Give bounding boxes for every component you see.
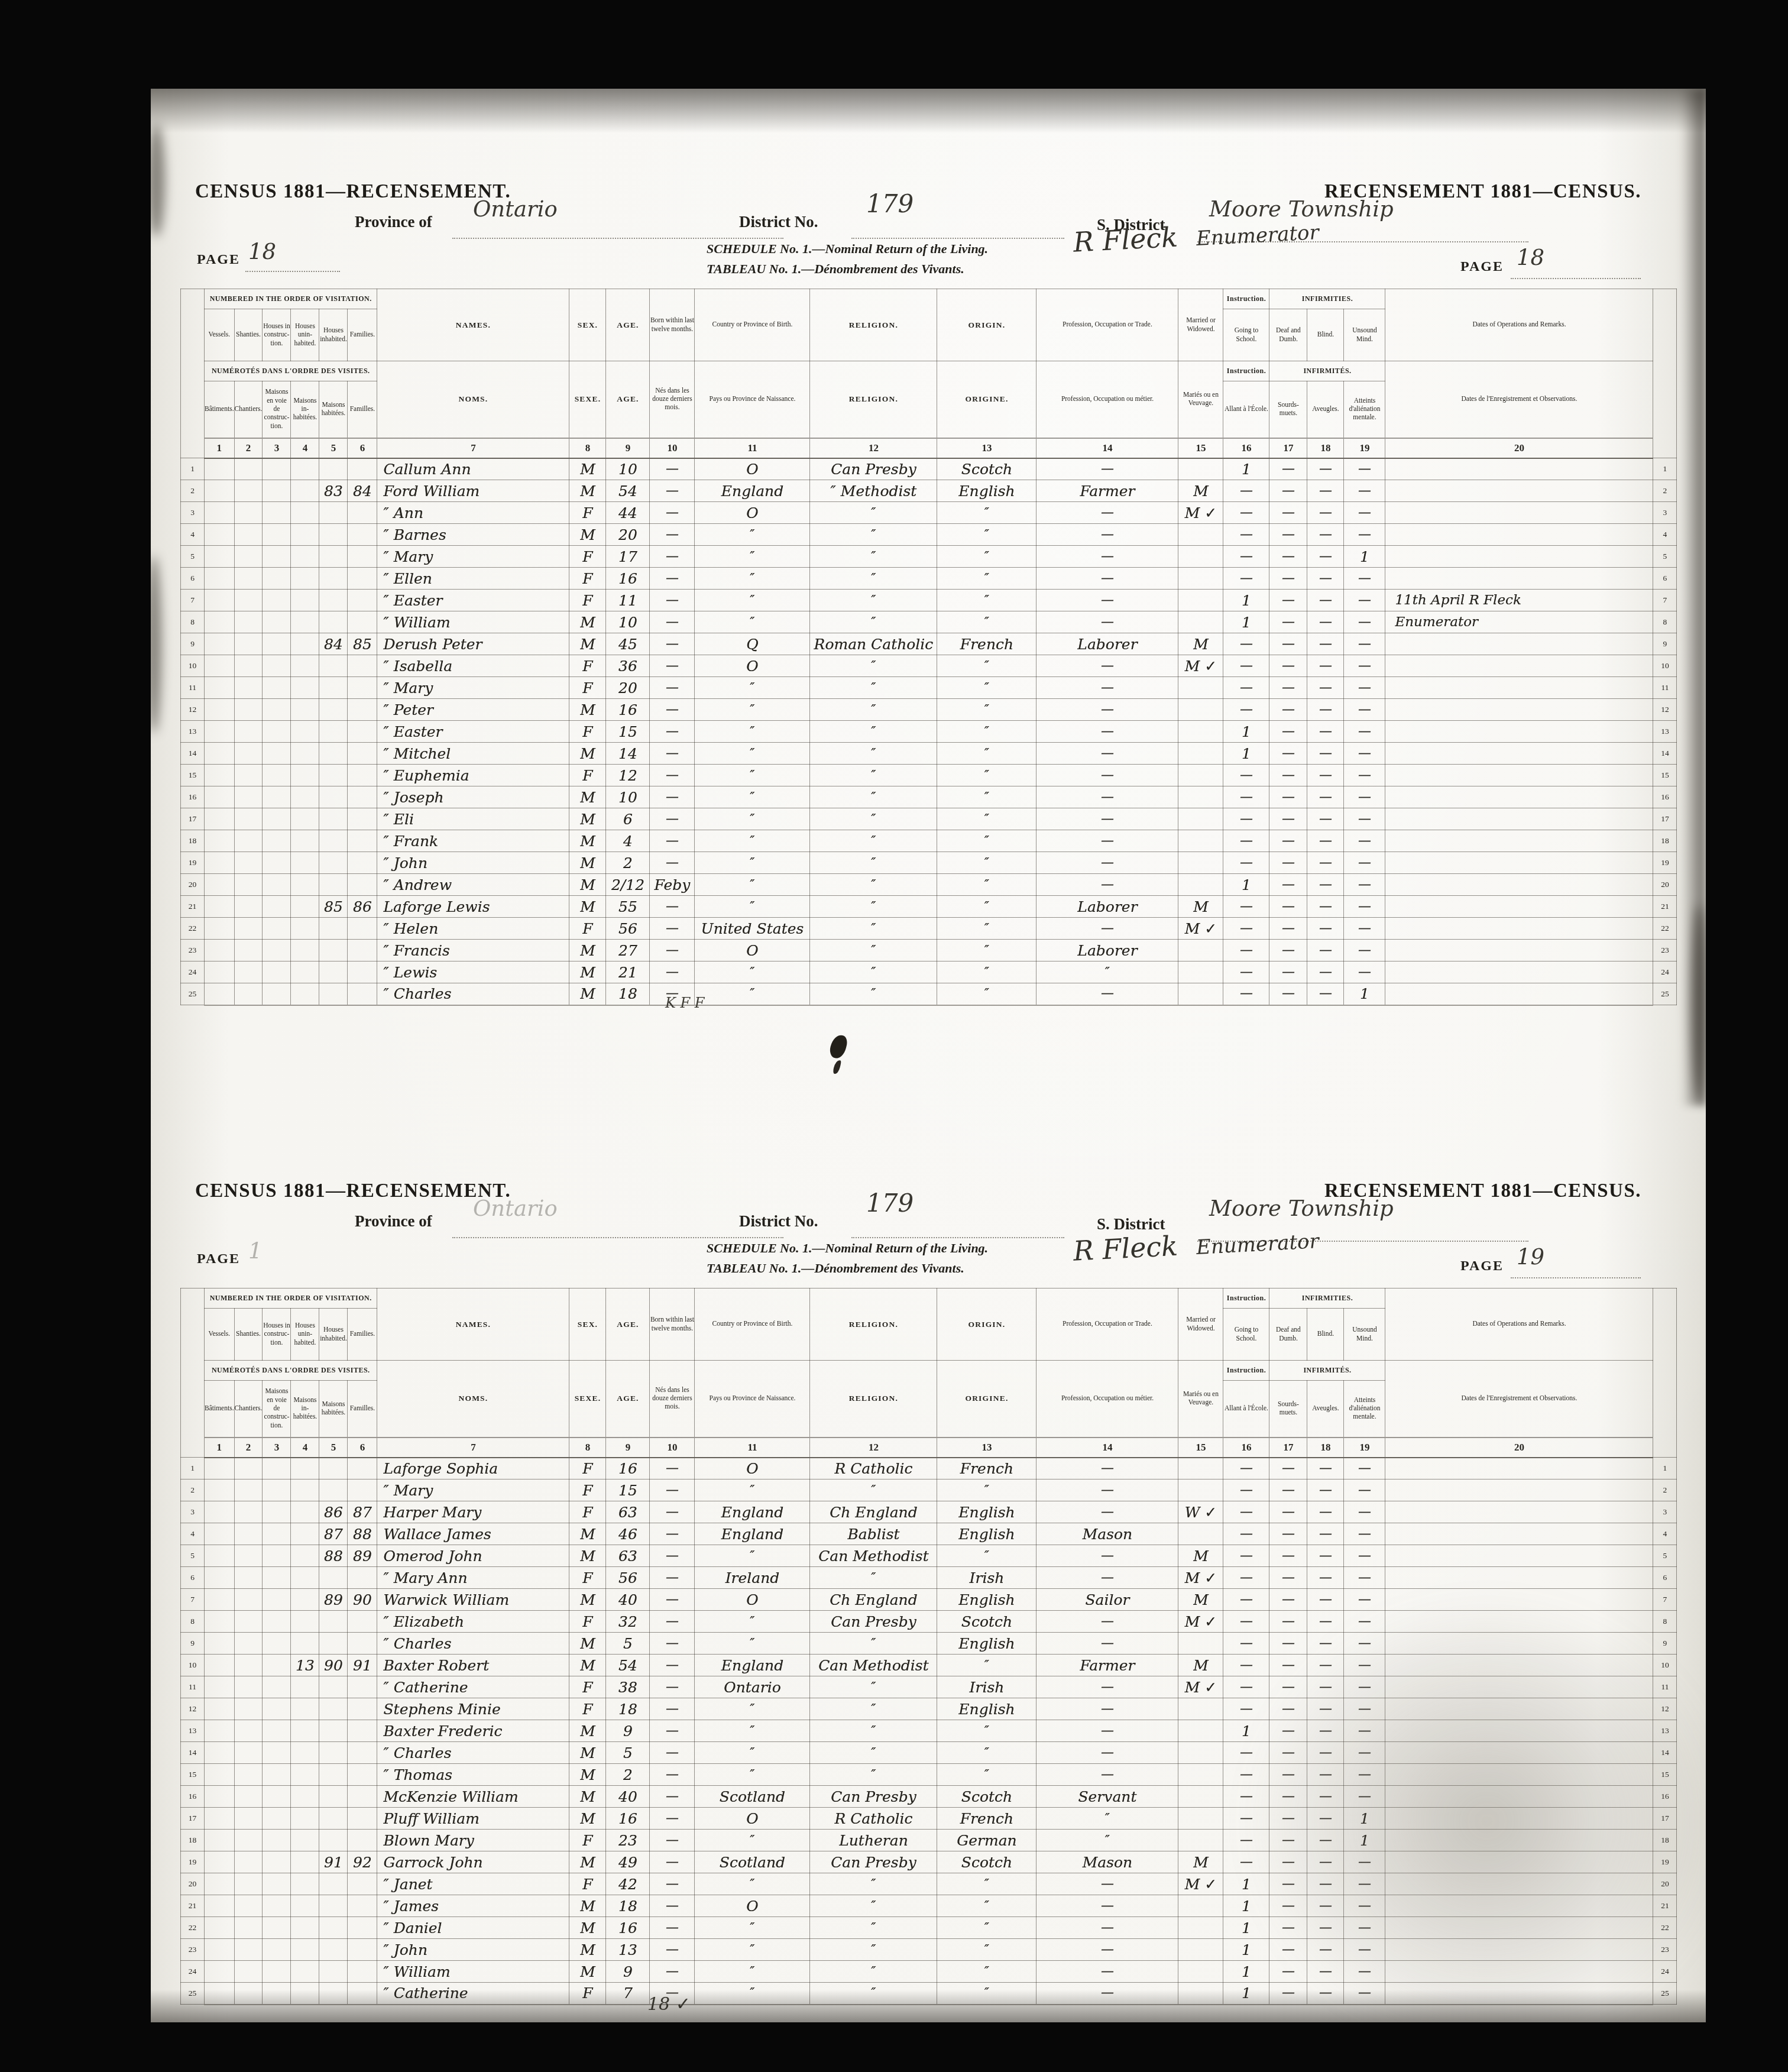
cell-religion: R Catholic — [810, 1458, 937, 1479]
cell-occupation: — — [1036, 1633, 1178, 1655]
cell-vessels — [205, 1786, 235, 1808]
cell-origin: German — [937, 1830, 1036, 1851]
cell-remarks — [1385, 852, 1653, 874]
cell-shanties — [234, 830, 263, 852]
cell-name: ″ Frank — [377, 830, 569, 852]
cell-origin: ″ — [937, 1764, 1036, 1786]
cell-remarks — [1385, 918, 1653, 940]
cell-country: O — [695, 655, 810, 677]
schedule-line-fr: TABLEAU No. 1.—Dénombrement des Vivants. — [707, 1261, 964, 1276]
cell-name: Blown Mary — [377, 1830, 569, 1851]
cell-born: — — [650, 1655, 695, 1676]
header-col-number: 11 — [695, 1438, 810, 1458]
cell-inhabited: 86 — [319, 1501, 348, 1523]
cell-country: ″ — [695, 1764, 810, 1786]
cell-married — [1178, 808, 1223, 830]
cell-inhabited — [319, 1567, 348, 1589]
cell-age: 2/12 — [606, 874, 650, 896]
cell-deaf: — — [1269, 743, 1307, 765]
cell-age: 9 — [606, 1961, 650, 1983]
header-age-en: AGE. — [606, 289, 650, 361]
table-row: 5″ MaryF17—″″″————15 — [181, 546, 1677, 568]
cell-religion: R Catholic — [810, 1808, 937, 1830]
cell-occupation: — — [1036, 1676, 1178, 1698]
cell-age: 11 — [606, 590, 650, 611]
cell-married — [1178, 546, 1223, 568]
header-remarks-en: Dates of Operations and Remarks. — [1385, 1288, 1653, 1361]
row-number: 9 — [1653, 633, 1677, 655]
cell-construction — [263, 1742, 291, 1764]
cell-origin: ″ — [937, 1939, 1036, 1961]
cell-families — [348, 721, 377, 743]
cell-inhabited — [319, 1895, 348, 1917]
row-number: 21 — [181, 1895, 205, 1917]
header-shanties-fr: Chantiers. — [234, 1381, 263, 1438]
header-deaf-en: Deaf and Dumb. — [1269, 1309, 1307, 1361]
cell-school: 1 — [1223, 458, 1269, 480]
cell-families — [348, 1633, 377, 1655]
district-label: District No. — [739, 213, 818, 231]
cell-deaf: — — [1269, 524, 1307, 546]
cell-vessels — [205, 874, 235, 896]
header-col-number: 17 — [1269, 1438, 1307, 1458]
cell-vessels — [205, 611, 235, 633]
cell-uninhabited — [291, 1917, 319, 1939]
cell-origin: English — [937, 1698, 1036, 1720]
table-row: 6″ EllenF16—″″″—————6 — [181, 568, 1677, 590]
cell-uninhabited — [291, 1786, 319, 1808]
cell-construction — [263, 1851, 291, 1873]
cell-born: — — [650, 1961, 695, 1983]
cell-sex: F — [569, 1873, 606, 1895]
cell-religion: ″ — [810, 743, 937, 765]
cell-shanties — [234, 765, 263, 786]
header-instruction-en: Instruction. — [1223, 1288, 1269, 1309]
cell-families — [348, 568, 377, 590]
cell-religion: ″ — [810, 961, 937, 983]
cell-name: ″ Charles — [377, 1742, 569, 1764]
cell-country: ″ — [695, 786, 810, 808]
row-number: 6 — [181, 1567, 205, 1589]
cell-remarks — [1385, 786, 1653, 808]
cell-born: — — [650, 611, 695, 633]
cell-married — [1178, 721, 1223, 743]
cell-unsound: — — [1344, 765, 1385, 786]
cell-uninhabited — [291, 808, 319, 830]
cell-name: ″ William — [377, 611, 569, 633]
cell-vessels — [205, 1939, 235, 1961]
row-number: 17 — [181, 808, 205, 830]
header-col-number: 18 — [1307, 438, 1344, 458]
cell-unsound: — — [1344, 743, 1385, 765]
cell-age: 15 — [606, 721, 650, 743]
row-number: 11 — [1653, 677, 1677, 699]
cell-country: England — [695, 1501, 810, 1523]
cell-country: ″ — [695, 1939, 810, 1961]
cell-deaf: — — [1269, 655, 1307, 677]
cell-school: — — [1223, 961, 1269, 983]
cell-born: — — [650, 1830, 695, 1851]
header-country-en: Country or Province of Birth. — [695, 289, 810, 361]
cell-occupation: — — [1036, 830, 1178, 852]
cell-origin: ″ — [937, 1742, 1036, 1764]
cell-country: Q — [695, 633, 810, 655]
cell-construction — [263, 1458, 291, 1479]
cell-name: ″ Euphemia — [377, 765, 569, 786]
cell-inhabited — [319, 1961, 348, 1983]
cell-families — [348, 699, 377, 721]
cell-age: 5 — [606, 1633, 650, 1655]
cell-uninhabited — [291, 983, 319, 1005]
cell-country: O — [695, 458, 810, 480]
cell-origin: English — [937, 1633, 1036, 1655]
cell-unsound: 1 — [1344, 983, 1385, 1005]
cell-name: ″ Ann — [377, 502, 569, 524]
row-number: 6 — [1653, 1567, 1677, 1589]
cell-shanties — [234, 1567, 263, 1589]
cell-uninhabited — [291, 1851, 319, 1873]
header-vessels-en: Vessels. — [205, 309, 235, 361]
cell-married — [1178, 1939, 1223, 1961]
cell-uninhabited — [291, 1742, 319, 1764]
cell-occupation: — — [1036, 546, 1178, 568]
table-row: 4″ BarnesM20—″″″—————4 — [181, 524, 1677, 546]
cell-married: M — [1178, 1589, 1223, 1611]
cell-vessels — [205, 480, 235, 502]
cell-sex: M — [569, 1851, 606, 1873]
cell-inhabited — [319, 568, 348, 590]
cell-occupation: — — [1036, 1742, 1178, 1764]
cell-uninhabited — [291, 1676, 319, 1698]
cell-uninhabited — [291, 721, 319, 743]
cell-families — [348, 1917, 377, 1939]
cell-sex: F — [569, 1501, 606, 1523]
header-col-number: 2 — [234, 1438, 263, 1458]
cell-uninhabited — [291, 1633, 319, 1655]
cell-school: 1 — [1223, 743, 1269, 765]
cell-uninhabited — [291, 1961, 319, 1983]
cell-born: — — [650, 721, 695, 743]
cell-deaf: — — [1269, 480, 1307, 502]
cell-age: 45 — [606, 633, 650, 655]
census-scan-paper: CENSUS 1881—RECENSEMENT. RECENSEMENT 188… — [151, 89, 1706, 2022]
cell-sex: F — [569, 721, 606, 743]
header-instruction-fr: Instruction. — [1223, 1361, 1269, 1381]
table-row: 2″ MaryF15—″″″—————2 — [181, 1479, 1677, 1501]
cell-country: ″ — [695, 524, 810, 546]
cell-country: England — [695, 480, 810, 502]
header-col-number: 7 — [377, 1438, 569, 1458]
cell-blind: — — [1307, 480, 1344, 502]
cell-vessels — [205, 918, 235, 940]
cell-vessels — [205, 1917, 235, 1939]
cell-married — [1178, 765, 1223, 786]
cell-construction — [263, 1917, 291, 1939]
cell-deaf: — — [1269, 699, 1307, 721]
cell-occupation: ″ — [1036, 1830, 1178, 1851]
cell-uninhabited — [291, 1873, 319, 1895]
census-table: NUMBERED IN THE ORDER OF VISITATION.NAME… — [180, 289, 1677, 1006]
cell-age: 23 — [606, 1830, 650, 1851]
cell-married: M ✓ — [1178, 1611, 1223, 1633]
table-row: 6″ Mary AnnF56—Ireland″Irish—M ✓————6 — [181, 1567, 1677, 1589]
cell-born: — — [650, 1479, 695, 1501]
cell-sex: M — [569, 1939, 606, 1961]
cell-name: ″ John — [377, 852, 569, 874]
cell-uninhabited — [291, 743, 319, 765]
cell-blind: — — [1307, 961, 1344, 983]
cell-name: ″ Isabella — [377, 655, 569, 677]
cell-remarks — [1385, 546, 1653, 568]
cell-sex: F — [569, 502, 606, 524]
cell-country: ″ — [695, 699, 810, 721]
cell-born: — — [650, 699, 695, 721]
scan-wash-corner — [1245, 1597, 1706, 2022]
cell-origin: ″ — [937, 1720, 1036, 1742]
cell-blind: — — [1307, 1501, 1344, 1523]
cell-construction — [263, 458, 291, 480]
cell-shanties — [234, 568, 263, 590]
cell-country: ″ — [695, 1698, 810, 1720]
cell-vessels — [205, 1523, 235, 1545]
cell-school: — — [1223, 655, 1269, 677]
cell-unsound: — — [1344, 1545, 1385, 1567]
cell-shanties — [234, 721, 263, 743]
header-shanties-fr: Chantiers. — [234, 381, 263, 438]
cell-construction — [263, 1523, 291, 1545]
cell-remarks — [1385, 524, 1653, 546]
cell-construction — [263, 1895, 291, 1917]
cell-unsound: — — [1344, 721, 1385, 743]
cell-remarks — [1385, 940, 1653, 961]
cell-construction — [263, 502, 291, 524]
cell-families — [348, 1458, 377, 1479]
cell-blind: — — [1307, 458, 1344, 480]
page-title-left: CENSUS 1881—RECENSEMENT. — [195, 1180, 511, 1202]
cell-families — [348, 786, 377, 808]
cell-name: Laforge Lewis — [377, 896, 569, 918]
header-col-number: 16 — [1223, 438, 1269, 458]
cell-uninhabited — [291, 1479, 319, 1501]
cell-religion: ″ — [810, 1895, 937, 1917]
cell-unsound: — — [1344, 480, 1385, 502]
header-religion-fr: RELIGION. — [810, 1361, 937, 1438]
cell-name: ″ Eli — [377, 808, 569, 830]
cell-name: Derush Peter — [377, 633, 569, 655]
cell-inhabited: 85 — [319, 896, 348, 918]
cell-vessels — [205, 961, 235, 983]
cell-country: O — [695, 940, 810, 961]
row-number: 12 — [181, 699, 205, 721]
page-underline — [1511, 278, 1641, 279]
cell-married — [1178, 1479, 1223, 1501]
table-row: 24″ LewisM21—″″″″————24 — [181, 961, 1677, 983]
cell-country: O — [695, 1589, 810, 1611]
cell-inhabited — [319, 524, 348, 546]
cell-uninhabited — [291, 502, 319, 524]
cell-inhabited — [319, 458, 348, 480]
cell-religion: ″ Methodist — [810, 480, 937, 502]
cell-religion: Lutheran — [810, 1830, 937, 1851]
cell-uninhabited — [291, 1720, 319, 1742]
cell-construction — [263, 1873, 291, 1895]
cell-religion: Ch England — [810, 1501, 937, 1523]
header-blind-fr: Aveugles. — [1307, 381, 1344, 438]
cell-occupation: — — [1036, 655, 1178, 677]
cell-origin: ″ — [937, 699, 1036, 721]
cell-sex: M — [569, 961, 606, 983]
header-remarks-en: Dates of Operations and Remarks. — [1385, 289, 1653, 361]
cell-name: ″ James — [377, 1895, 569, 1917]
row-number: 10 — [1653, 655, 1677, 677]
cell-country: ″ — [695, 1633, 810, 1655]
cell-country: Ireland — [695, 1567, 810, 1589]
cell-age: 55 — [606, 896, 650, 918]
row-number: 12 — [1653, 699, 1677, 721]
cell-religion: ″ — [810, 568, 937, 590]
cell-construction — [263, 1939, 291, 1961]
cell-remarks — [1385, 502, 1653, 524]
cell-country: ″ — [695, 852, 810, 874]
cell-name: ″ Mary — [377, 677, 569, 699]
cell-remarks — [1385, 808, 1653, 830]
district-underline — [851, 1237, 1064, 1238]
cell-born: — — [650, 502, 695, 524]
cell-families: 88 — [348, 1523, 377, 1545]
cell-religion: ″ — [810, 1764, 937, 1786]
cell-uninhabited — [291, 1830, 319, 1851]
cell-married: M ✓ — [1178, 655, 1223, 677]
cell-uninhabited — [291, 677, 319, 699]
cell-origin: ″ — [937, 786, 1036, 808]
cell-occupation: — — [1036, 874, 1178, 896]
row-number: 3 — [1653, 502, 1677, 524]
header-origin-en: ORIGIN. — [937, 1288, 1036, 1361]
cell-uninhabited — [291, 633, 319, 655]
cell-born: — — [650, 786, 695, 808]
row-number: 22 — [1653, 918, 1677, 940]
cell-shanties — [234, 1808, 263, 1830]
cell-vessels — [205, 1720, 235, 1742]
cell-shanties — [234, 1655, 263, 1676]
cell-occupation: — — [1036, 458, 1178, 480]
header-unsound-fr: Atteints d'aliéna­tion mentale. — [1344, 381, 1385, 438]
cell-married: M ✓ — [1178, 1873, 1223, 1895]
cell-age: 40 — [606, 1589, 650, 1611]
cell-occupation: Laborer — [1036, 940, 1178, 961]
header-shanties-en: Shanties. — [234, 1309, 263, 1361]
cell-uninhabited — [291, 1895, 319, 1917]
cell-married: M ✓ — [1178, 1567, 1223, 1589]
cell-country: ″ — [695, 1873, 810, 1895]
cell-origin: ″ — [937, 918, 1036, 940]
cell-sex: F — [569, 677, 606, 699]
cell-vessels — [205, 568, 235, 590]
cell-inhabited — [319, 721, 348, 743]
cell-construction — [263, 1611, 291, 1633]
cell-occupation: — — [1036, 677, 1178, 699]
cell-vessels — [205, 852, 235, 874]
cell-inhabited: 87 — [319, 1523, 348, 1545]
cell-sex: F — [569, 1830, 606, 1851]
cell-married — [1178, 458, 1223, 480]
cell-inhabited — [319, 874, 348, 896]
cell-blind: — — [1307, 633, 1344, 655]
cell-unsound: — — [1344, 786, 1385, 808]
cell-religion: ″ — [810, 1939, 937, 1961]
cell-sex: F — [569, 1611, 606, 1633]
cell-families — [348, 918, 377, 940]
cell-construction — [263, 1786, 291, 1808]
cell-inhabited — [319, 655, 348, 677]
cell-religion: ″ — [810, 1676, 937, 1698]
cell-occupation: — — [1036, 590, 1178, 611]
cell-age: 16 — [606, 699, 650, 721]
cell-occupation: — — [1036, 721, 1178, 743]
cell-religion: ″ — [810, 940, 937, 961]
cell-families: 84 — [348, 480, 377, 502]
cell-born: — — [650, 808, 695, 830]
cell-sex: M — [569, 1633, 606, 1655]
row-number: 2 — [181, 480, 205, 502]
cell-shanties — [234, 786, 263, 808]
cell-married: W ✓ — [1178, 1501, 1223, 1523]
cell-origin: ″ — [937, 546, 1036, 568]
cell-blind: — — [1307, 655, 1344, 677]
table-row: 14″ MitchelM14—″″″—1———14 — [181, 743, 1677, 765]
cell-families — [348, 1786, 377, 1808]
district-value: 179 — [866, 189, 914, 218]
cell-blind: — — [1307, 743, 1344, 765]
cell-families: 89 — [348, 1545, 377, 1567]
cell-construction — [263, 961, 291, 983]
cell-country: ″ — [695, 590, 810, 611]
cell-married: M ✓ — [1178, 918, 1223, 940]
row-number: 9 — [181, 1633, 205, 1655]
cell-born: — — [650, 1698, 695, 1720]
header-uninhabited-fr: Maisons in­habitées. — [291, 1381, 319, 1438]
cell-remarks — [1385, 983, 1653, 1005]
cell-blind: — — [1307, 1479, 1344, 1501]
cell-deaf: — — [1269, 458, 1307, 480]
cell-occupation: — — [1036, 1458, 1178, 1479]
cell-occupation: Mason — [1036, 1851, 1178, 1873]
cell-families — [348, 1611, 377, 1633]
cell-origin: ″ — [937, 896, 1036, 918]
cell-name: ″ Joseph — [377, 786, 569, 808]
cell-remarks: Enumerator — [1385, 611, 1653, 633]
cell-age: 17 — [606, 546, 650, 568]
cell-religion: ″ — [810, 524, 937, 546]
cell-uninhabited — [291, 655, 319, 677]
cell-married — [1178, 983, 1223, 1005]
schedule-line-en: SCHEDULE No. 1.—Nominal Return of the Li… — [707, 241, 988, 257]
header-col-number: 5 — [319, 438, 348, 458]
cell-unsound: — — [1344, 830, 1385, 852]
cell-occupation: ″ — [1036, 1808, 1178, 1830]
cell-unsound: — — [1344, 699, 1385, 721]
row-number: 5 — [181, 546, 205, 568]
cell-inhabited — [319, 852, 348, 874]
cell-inhabited — [319, 1458, 348, 1479]
cell-deaf: — — [1269, 546, 1307, 568]
cell-occupation: Sailor — [1036, 1589, 1178, 1611]
header-families-fr: Familles. — [348, 381, 377, 438]
row-number: 22 — [181, 918, 205, 940]
header-col-number: 8 — [569, 438, 606, 458]
cell-vessels — [205, 633, 235, 655]
cell-vessels — [205, 502, 235, 524]
